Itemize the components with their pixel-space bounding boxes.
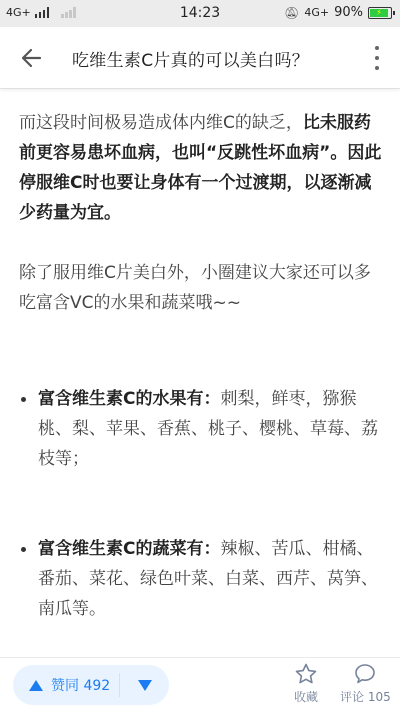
paragraph: 而这段时间极易造成体内维C的缺乏，比未服药前更容易患坏血病，也叫“反跳性坏血病”… [19, 108, 383, 228]
favorite-button[interactable]: 收藏 [294, 662, 318, 705]
paragraph-text: 而这段时间极易造成体内维C的缺乏， [19, 113, 303, 133]
list-item-label: 富含维生素C的蔬菜有： [38, 539, 220, 559]
comment-label: 评论 105 [340, 688, 391, 705]
list-item-label: 富含维生素C的水果有： [38, 389, 220, 409]
network-label-right: 4G+ [304, 6, 329, 19]
status-right: 🔕︎ 4G+ 90% ⚡ [284, 5, 392, 20]
downvote-button[interactable] [120, 665, 169, 705]
arrow-left-icon[interactable] [18, 44, 46, 72]
battery-icon: ⚡ [368, 7, 392, 19]
list-item: 富含维生素C的蔬菜有：辣椒、苦瓜、柑橘、番茄、菜花、绿色叶菜、白菜、西芹、莴笋、… [19, 534, 383, 624]
comment-button[interactable]: 评论 105 [340, 662, 391, 705]
mute-bell-icon: 🔕︎ [284, 6, 299, 20]
list-item: 富含维生素C的水果有：刺梨，鲜枣，猕猴桃、梨、苹果、香蕉、桃子、樱桃、草莓、荔枝… [19, 384, 383, 474]
favorite-label: 收藏 [294, 688, 318, 705]
article-content: 而这段时间极易造成体内维C的缺乏，比未服药前更容易患坏血病，也叫“反跳性坏血病”… [19, 108, 383, 684]
triangle-down-icon [138, 680, 152, 691]
app-header: 吃维生素C片真的可以美白吗？ [0, 27, 400, 89]
page-title: 吃维生素C片真的可以美白吗？ [72, 46, 309, 71]
bullet-list: 富含维生素C的水果有：刺梨，鲜枣，猕猴桃、梨、苹果、香蕉、桃子、樱桃、草莓、荔枝… [19, 384, 383, 624]
battery-percent: 90% [334, 5, 363, 20]
upvote-button[interactable]: 赞同 492 [13, 665, 119, 705]
vote-pill: 赞同 492 [13, 665, 169, 705]
paragraph: 除了服用维C片美白外，小圈建议大家还可以多吃富含VC的水果和蔬菜哦~~ [19, 258, 383, 318]
bottom-action-bar: 赞同 492 收藏 评论 105 [0, 657, 400, 711]
star-icon [294, 662, 318, 686]
triangle-up-icon [29, 680, 43, 691]
upvote-label: 赞同 492 [51, 675, 110, 695]
status-bar: 4G+ 14:23 🔕︎ 4G+ 90% ⚡ [0, 0, 400, 27]
comment-bubble-icon [353, 662, 377, 686]
more-vertical-icon[interactable] [372, 46, 382, 70]
